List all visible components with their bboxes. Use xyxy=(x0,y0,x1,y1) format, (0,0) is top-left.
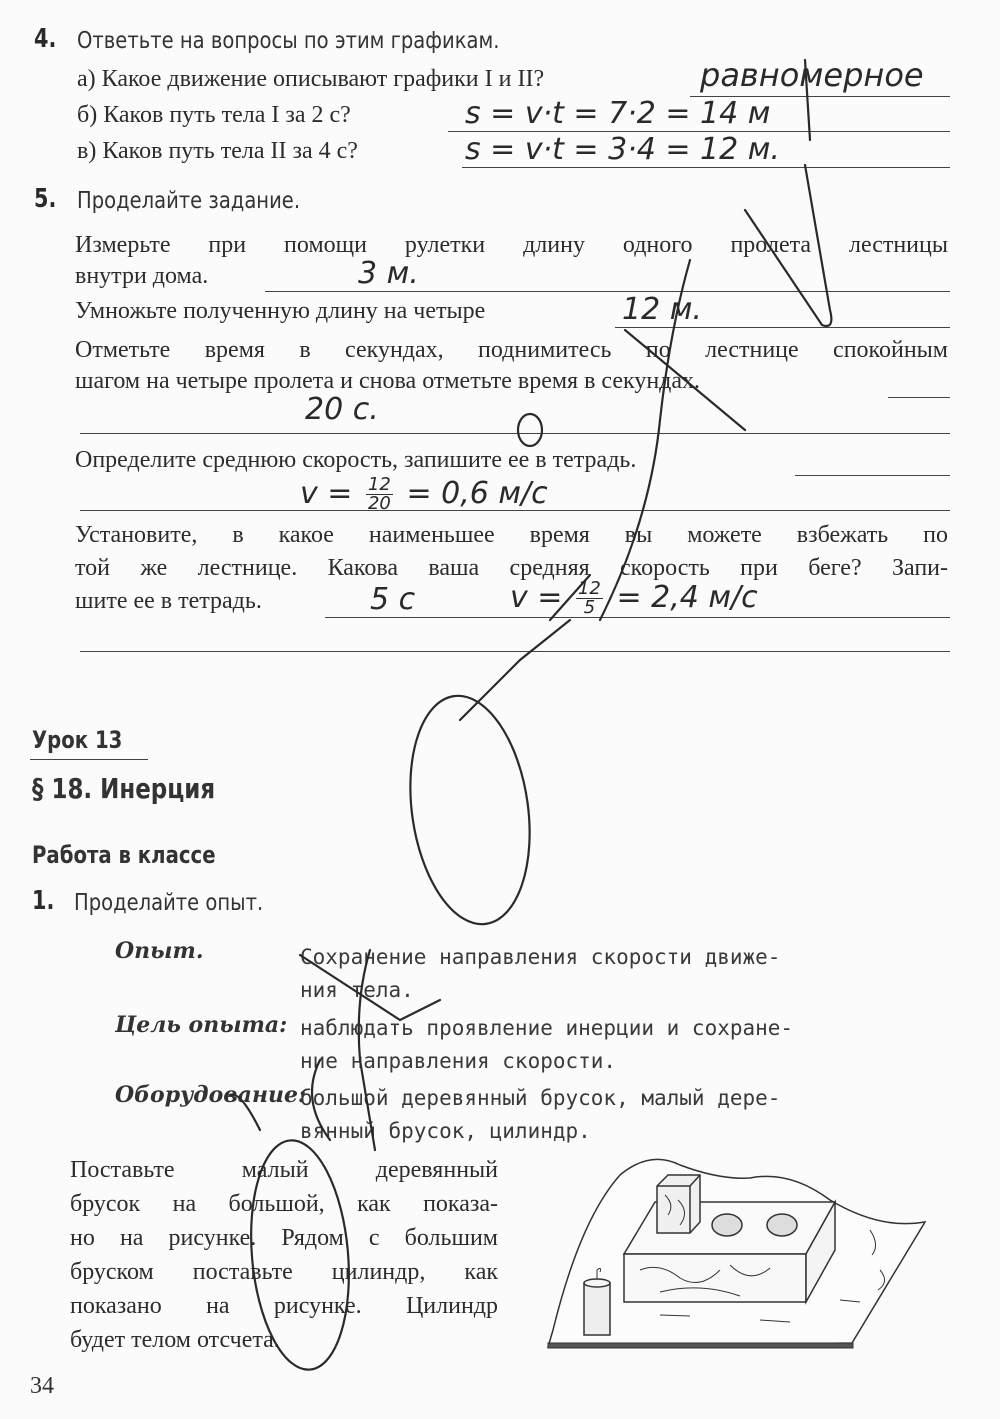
task5-step1-line2: внутри дома. xyxy=(75,263,208,290)
subsection-title: Работа в классе xyxy=(32,841,216,869)
velocity-symbol: v = xyxy=(510,580,562,615)
task5-step4-text: Определите среднюю скорость, запишите ее… xyxy=(75,447,636,474)
task5-step4-answer: v = 12 20 = 0,6 м/с xyxy=(300,476,548,513)
task1-number: 1. xyxy=(32,886,54,916)
instruction-line: но на рисунке. Рядом с большим xyxy=(70,1221,498,1255)
task4-question-c: в) Каков путь тела II за 4 с? xyxy=(77,138,358,165)
task5-step5-time-answer: 5 с xyxy=(370,582,415,617)
instructions-paragraph: Поставьте малый деревянный брусок на бол… xyxy=(70,1153,498,1357)
task5-step2-text: Умножьте полученную длину на четыре xyxy=(75,298,485,325)
experiment-text-line2: ния тела. xyxy=(300,973,414,1007)
task5-step1-line1: Измерьте при помощи рулетки длину одного… xyxy=(75,228,948,262)
goal-text-line2: ние направления скорости. xyxy=(300,1044,616,1078)
page-number: 34 xyxy=(30,1373,54,1400)
experiment-text-line1: Сохранение направления скорости движе- xyxy=(300,940,780,974)
experiment-label: Опыт. xyxy=(115,938,203,964)
answer-line xyxy=(80,510,950,511)
velocity-result: = 2,4 м/с xyxy=(616,580,757,615)
velocity-result: = 0,6 м/с xyxy=(406,476,547,511)
goal-label: Цель опыта: xyxy=(115,1012,287,1038)
task5-step1-answer: 3 м. xyxy=(358,256,419,291)
workbook-page: 4. Ответьте на вопросы по этим графикам.… xyxy=(0,0,1000,1419)
task4-answer-a: равномерное xyxy=(700,56,924,94)
equipment-label: Оборудование: xyxy=(115,1082,306,1108)
fraction: 12 20 xyxy=(366,476,393,513)
answer-line xyxy=(80,651,950,652)
equipment-text-line2: вянный брусок, цилиндр. xyxy=(300,1114,591,1148)
lesson-underline xyxy=(30,759,148,760)
velocity-symbol: v = xyxy=(300,476,352,511)
answer-line xyxy=(615,327,950,328)
task5-step3-answer: 20 с. xyxy=(305,392,379,427)
answer-line xyxy=(462,167,950,168)
task5-title: Проделайте задание. xyxy=(77,188,300,214)
task4-answer-c: s = v·t = 3·4 = 12 м. xyxy=(465,132,780,167)
task5-step5-line3: шите ее в тетрадь. xyxy=(75,588,262,615)
task5-step3-line2: шагом на четыре пролета и снова отметьте… xyxy=(75,368,700,395)
denominator: 5 xyxy=(576,599,603,617)
task5-step3-line1: Отметьте время в секундах, поднимитесь п… xyxy=(75,333,948,367)
task5-number: 5. xyxy=(34,184,56,214)
task4-number: 4. xyxy=(34,24,56,54)
lesson-label: Урок 13 xyxy=(32,726,122,754)
fraction: 12 5 xyxy=(576,580,603,617)
task4-answer-b: s = v·t = 7·2 = 14 м xyxy=(465,96,770,131)
equipment-text-line1: большой деревянный брусок, малый дере- xyxy=(300,1081,780,1115)
task1-title: Проделайте опыт. xyxy=(74,890,263,916)
answer-line xyxy=(795,475,950,476)
instruction-line: Поставьте малый деревянный xyxy=(70,1153,498,1187)
task5-step5-line1: Установите, в какое наименьшее время вы … xyxy=(75,518,948,552)
instruction-line: показано на рисунке. Цилиндр xyxy=(70,1289,498,1323)
goal-text-line1: наблюдать проявление инерции и сохране- xyxy=(300,1011,793,1045)
task4-title: Ответьте на вопросы по этим графикам. xyxy=(77,28,499,54)
answer-line xyxy=(265,291,950,292)
answer-line xyxy=(80,433,950,434)
answer-line xyxy=(888,397,950,398)
answer-line xyxy=(325,617,950,618)
task5-step2-answer: 12 м. xyxy=(622,292,702,327)
task5-step5-velocity-answer: v = 12 5 = 2,4 м/с xyxy=(510,580,758,617)
instruction-line: брусок на большой, как показа- xyxy=(70,1187,498,1221)
task4-question-b: б) Каков путь тела I за 2 с? xyxy=(77,102,351,129)
task4-question-a: а) Какое движение описывают графики I и … xyxy=(77,66,544,93)
instruction-line: бруском поставьте цилиндр, как xyxy=(70,1255,498,1289)
instruction-line: будет телом отсчета. xyxy=(70,1323,498,1357)
section-title: § 18. Инерция xyxy=(32,772,215,805)
